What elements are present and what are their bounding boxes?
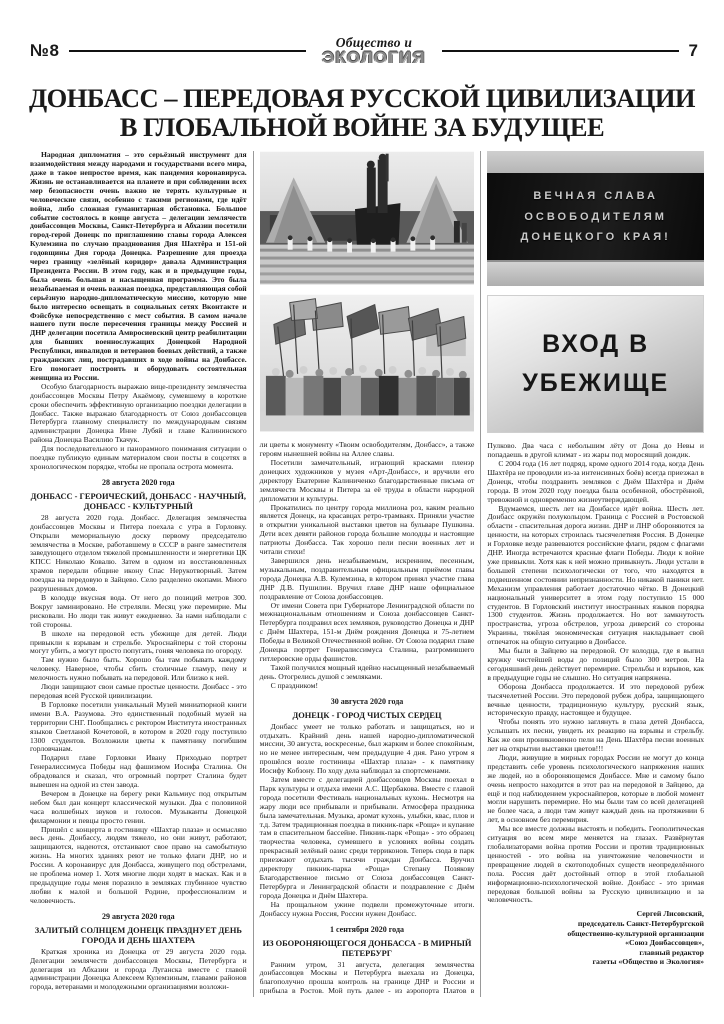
plaque-line: ВЕЧНАЯ СЛАВА — [533, 186, 658, 206]
photo-monument-liberators — [260, 151, 475, 285]
plaque-base — [487, 260, 704, 286]
body-paragraph: Вдумаемся, шесть лет на Донбассе идёт во… — [487, 505, 704, 648]
section-heading: ИЗ ОБОРОНЯЮЩЕГОСЯ ДОНБАССА - В МИРНЫЙ ПЕ… — [260, 939, 475, 959]
shelter-sign-line: ВХОД В — [542, 325, 649, 364]
plaque-sky — [487, 151, 704, 173]
date-heading: 30 августа 2020 года — [260, 697, 475, 706]
plaque-line: ОСВОБОДИТЕЛЯМ — [524, 207, 667, 227]
body-paragraph: Особую благодарность выражаю вице-презид… — [30, 383, 247, 445]
body-paragraph: Оборона Донбасса продолжается. И это пер… — [487, 683, 704, 719]
masthead: Общество и ЭКОЛОГИЯ — [316, 36, 432, 67]
newspaper-page: №8 Общество и ЭКОЛОГИЯ 7 ДОНБАСС – ПЕРЕД… — [0, 0, 724, 1024]
plaque-line: ДОНЕЦКОГО КРАЯ! — [521, 227, 671, 247]
body-paragraph: Чтобы понять это нужно заглянуть в глаза… — [487, 718, 704, 754]
body-paragraph: На прощальном ужине подвели промежуточны… — [260, 901, 475, 919]
masthead-logo: ЭКОЛОГИЯ — [322, 50, 426, 67]
column-left-text: Народная дипломатия – это серьёзный инст… — [30, 151, 247, 992]
body-paragraph: Прокатились по центру города миллиона ро… — [260, 504, 475, 557]
body-paragraph: 28 августа 2020 года. Донбасс. Делегация… — [30, 514, 247, 594]
plaque-inscription: ВЕЧНАЯ СЛАВА ОСВОБОДИТЕЛЯМ ДОНЕЦКОГО КРА… — [487, 173, 704, 260]
signature-line: «Союз Донбассовцев», — [487, 938, 704, 948]
body-paragraph: Донбасс умеет не только работать и защищ… — [260, 723, 475, 776]
body-paragraph: Завершился день незабываемым, искренним,… — [260, 557, 475, 602]
column-left: Народная дипломатия – это серьёзный инст… — [30, 151, 254, 997]
issue-number: №8 — [30, 41, 59, 61]
photo-shelter-sign: ВХОД В УБЕЖИЩЕ — [487, 295, 704, 433]
body-paragraph: Там нужно было быть. Хорошо бы там побыв… — [30, 656, 247, 683]
body-paragraph: Мы были в Зайцево на передовой. От колод… — [487, 647, 704, 683]
body-paragraph: Ранним утром, 31 августа, делегация земл… — [260, 961, 475, 998]
body-paragraph: Вечером в Донецке на берегу реки Кальмиу… — [30, 790, 247, 826]
photo-delegation-flags — [260, 294, 475, 432]
column-center-text: ли цветы к монументу «Твоим освободителя… — [260, 441, 475, 997]
section-heading: ДОНЕЦК - ГОРОД ЧИСТЫХ СЕРДЕЦ — [260, 711, 475, 721]
body-paragraph: Затем вместе с делегацией донбассовцев М… — [260, 776, 475, 901]
body-paragraph: Пулково. Два часа с небольшим лёту от До… — [487, 442, 704, 460]
body-paragraph: От имени Совета при Губернаторе Ленингра… — [260, 602, 475, 664]
header-rule-right — [442, 50, 679, 52]
column-right: ВЕЧНАЯ СЛАВА ОСВОБОДИТЕЛЯМ ДОНЕЦКОГО КРА… — [481, 151, 704, 997]
column-right-text: Пулково. Два часа с небольшим лёту от До… — [487, 442, 704, 967]
section-heading: ДОНБАСС - ГЕРОИЧЕСКИЙ, ДОНБАСС - НАУЧНЫЙ… — [30, 492, 247, 512]
date-heading: 1 сентября 2020 года — [260, 925, 475, 934]
body-paragraph: Пришёл с концерта в гостиницу «Шахтар пл… — [30, 826, 247, 906]
body-paragraph: Народная дипломатия – это серьёзный инст… — [30, 151, 247, 383]
signature-line: Сергей Лисовский, — [487, 909, 704, 919]
body-paragraph: В Горловке посетили уникальный Музей мин… — [30, 701, 247, 754]
body-paragraph: С праздником! — [260, 682, 475, 691]
body-paragraph: Для последовательного и панорамного пони… — [30, 445, 247, 472]
body-paragraph: С 2004 года (16 лет подряд, кроме одного… — [487, 460, 704, 505]
header-rule-left — [69, 50, 306, 52]
headline-line1: ДОНБАСС – ПЕРЕДОВАЯ РУССКОЙ ЦИВИЛИЗАЦИИ — [24, 84, 700, 113]
body-paragraph: Подарил главе Горловки Ивану Приходько п… — [30, 754, 247, 790]
body-paragraph: ли цветы к монументу «Твоим освободителя… — [260, 441, 475, 459]
body-paragraph: Люди, живущие в мирных городах России не… — [487, 754, 704, 825]
body-paragraph: Посетили замечательный, играющий краскам… — [260, 459, 475, 504]
date-heading: 29 августа 2020 года — [30, 912, 247, 921]
signature-line: главный редактор — [487, 948, 704, 958]
column-center: ли цветы к монументу «Твоим освободителя… — [254, 151, 482, 997]
article-columns: Народная дипломатия – это серьёзный инст… — [30, 151, 704, 997]
headline-line2: В ГЛОБАЛЬНОЙ ВОЙНЕ ЗА БУДУЩЕЕ — [24, 113, 700, 142]
body-paragraph: В колодце вкусная вода. От него до позиц… — [30, 594, 247, 630]
section-heading: ЗАЛИТЫЙ СОЛНЦЕМ ДОНЕЦК ПРАЗДНУЕТ ДЕНЬ ГО… — [30, 926, 247, 946]
page-header: №8 Общество и ЭКОЛОГИЯ 7 — [30, 34, 698, 68]
date-heading: 28 августа 2020 года — [30, 478, 247, 487]
signature-block: Сергей Лисовский,председатель Санкт-Пете… — [487, 909, 704, 967]
body-paragraph: Люди защищают свои самые простые ценност… — [30, 683, 247, 701]
body-paragraph: Краткая хроника из Донецка от 29 августа… — [30, 948, 247, 993]
signature-line: общественно-культурной организации — [487, 929, 704, 939]
body-paragraph: Такой получился мощный идейно насыщенный… — [260, 664, 475, 682]
page-number: 7 — [689, 41, 698, 61]
article-headline: ДОНБАСС – ПЕРЕДОВАЯ РУССКОЙ ЦИВИЛИЗАЦИИ … — [24, 84, 700, 141]
photo-memorial-plaque: ВЕЧНАЯ СЛАВА ОСВОБОДИТЕЛЯМ ДОНЕЦКОГО КРА… — [487, 151, 704, 286]
body-paragraph: Мы все вместе должны выстоять и победить… — [487, 825, 704, 905]
body-paragraph: В школе на передовой есть убежище для де… — [30, 630, 247, 657]
signature-line: газеты «Общество и Экология» — [487, 957, 704, 967]
masthead-line1: Общество и — [336, 36, 413, 50]
shelter-sign-line: УБЕЖИЩЕ — [522, 364, 669, 403]
signature-line: председатель Санкт-Петербургской — [487, 919, 704, 929]
